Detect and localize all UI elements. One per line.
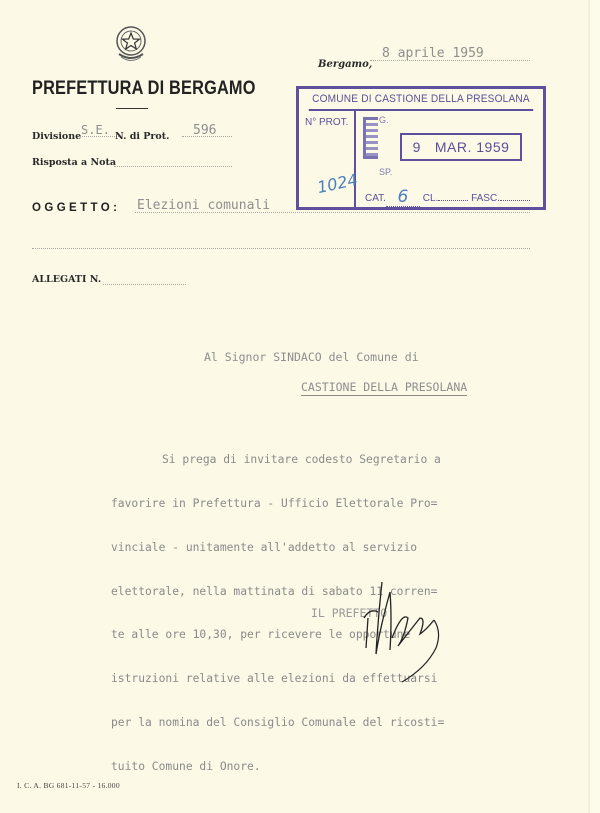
stamp-divider	[354, 111, 356, 207]
oggetto-value: Elezioni comunali	[137, 198, 270, 213]
stamp-reg-label: G.	[379, 115, 389, 125]
handwritten-signature-icon	[356, 578, 466, 688]
letter-page: PREFETTURA DI BERGAMO Bergamo, 8 aprile …	[0, 0, 588, 813]
stamp-date-month-year: MAR. 1959	[435, 139, 510, 155]
risposta-label: Risposta a Nota	[32, 157, 116, 168]
title-divider	[116, 108, 148, 109]
stamp-date-box: 9MAR. 1959	[400, 133, 522, 161]
body-line: te alle ore 10,30, per ricevere le oppor…	[111, 628, 568, 643]
oggetto-label: OGGETTO:	[32, 202, 120, 214]
stamp-reg-mark	[363, 117, 378, 159]
body-line: Si prega di invitare codesto Segretario …	[128, 453, 568, 468]
stamp-cat-value: 6	[398, 187, 409, 207]
allegati-label: ALLEGATI N.	[32, 274, 101, 285]
addressee-municipality: CASTIONE DELLA PRESOLANA	[301, 380, 467, 394]
risposta-field	[114, 154, 232, 167]
municipality-name: CASTIONE DELLA PRESOLANA	[301, 380, 467, 396]
date-line: Bergamo,	[318, 52, 372, 71]
divisione-label: Divisione	[32, 131, 81, 142]
letter-date: 8 aprile 1959	[382, 46, 484, 61]
oggetto-continuation-line	[32, 236, 530, 249]
printer-imprint: I. C. A. BG 681-11-57 - 16.000	[17, 781, 120, 790]
stamp-cl-label: CL.	[423, 193, 439, 204]
stamp-fasc-label: FASC.	[471, 193, 500, 204]
body-line: istruzioni relative alle elezioni da eff…	[111, 672, 568, 687]
body-line: tuito Comune di Onore.	[111, 760, 568, 775]
stamp-prot-label: N° PROT.	[305, 117, 348, 128]
stamp-prot-number: 1024	[315, 170, 359, 197]
body-line: elettorale, nella mattinata di sabato 11…	[111, 585, 568, 600]
place-label: Bergamo,	[318, 59, 372, 70]
body-line: favorire in Prefettura - Ufficio Elettor…	[111, 497, 568, 512]
stamp-cat-label: CAT.	[365, 193, 386, 204]
prot-value: 596	[193, 123, 216, 138]
allegati-field	[103, 272, 186, 285]
addressee-line: Al Signor SINDACO del Comune di	[204, 350, 419, 364]
body-line: vinciale - unitamente all'addetto al ser…	[111, 541, 568, 556]
protocol-stamp: COMUNE DI CASTIONE DELLA PRESOLANA N° PR…	[296, 86, 546, 210]
stamp-header: COMUNE DI CASTIONE DELLA PRESOLANA	[309, 89, 533, 111]
stamp-classification: CAT.6 CL. FASC.	[365, 186, 530, 207]
divisione-value: S.E.	[81, 123, 110, 137]
italian-republic-emblem-icon	[113, 24, 149, 64]
office-title: PREFETTURA DI BERGAMO	[32, 78, 256, 100]
date-field: 8 aprile 1959	[370, 48, 530, 61]
stamp-sp-label: SP.	[379, 167, 392, 177]
stamp-date-day: 9	[413, 139, 421, 155]
prot-field: 596	[182, 124, 232, 137]
prot-label: N. di Prot.	[115, 131, 169, 142]
body-line: per la nomina del Consiglio Comunale del…	[111, 716, 568, 731]
